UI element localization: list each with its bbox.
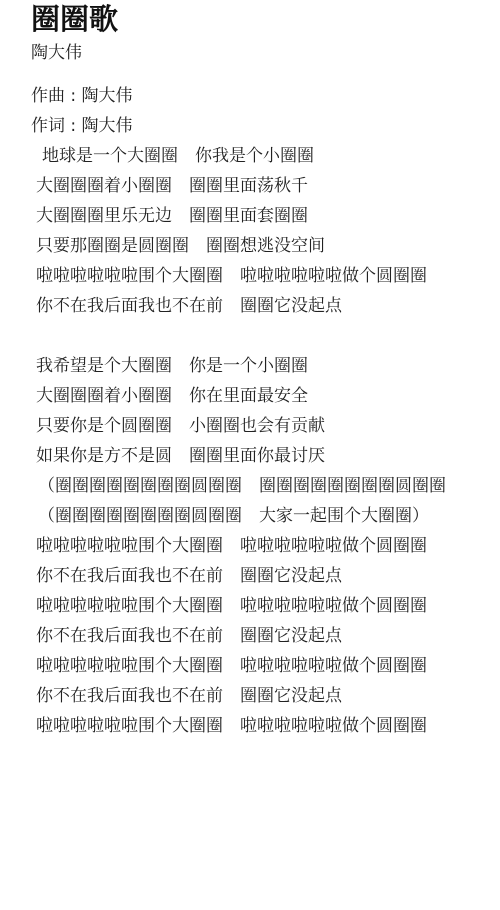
lyric-line: 大圈圈圈里乐无边 圈圈里面套圈圈 bbox=[36, 201, 500, 231]
lyric-line: 啦啦啦啦啦啦围个大圈圈 啦啦啦啦啦啦做个圆圈圈 bbox=[36, 651, 500, 681]
lyric-line: 啦啦啦啦啦啦围个大圈圈 啦啦啦啦啦啦做个圆圈圈 bbox=[36, 261, 500, 291]
lyricist-credit: 作词 : 陶大伟 bbox=[31, 111, 133, 141]
stanza-break bbox=[36, 321, 500, 351]
lyric-line: 只要那圈圈是圆圈圈 圈圈想逃没空间 bbox=[36, 231, 500, 261]
lyric-line: 你不在我后面我也不在前 圈圈它没起点 bbox=[36, 681, 500, 711]
lyric-line: 只要你是个圆圈圈 小圈圈也会有贡献 bbox=[36, 411, 500, 441]
composer-credit: 作曲 : 陶大伟 bbox=[31, 81, 133, 111]
lyrics-block: 地球是一个大圈圈 你我是个小圈圈 大圈圈圈着小圈圈 圈圈里面荡秋千 大圈圈圈里乐… bbox=[36, 141, 500, 741]
lyric-line: 大圈圈圈着小圈圈 你在里面最安全 bbox=[36, 381, 500, 411]
lyric-line: 啦啦啦啦啦啦围个大圈圈 啦啦啦啦啦啦做个圆圈圈 bbox=[36, 711, 500, 741]
lyric-line: 大圈圈圈着小圈圈 圈圈里面荡秋千 bbox=[36, 171, 500, 201]
lyric-line: 你不在我后面我也不在前 圈圈它没起点 bbox=[36, 291, 500, 321]
credits-block: 作曲 : 陶大伟 作词 : 陶大伟 bbox=[31, 81, 133, 141]
lyric-line: 你不在我后面我也不在前 圈圈它没起点 bbox=[36, 621, 500, 651]
lyric-line: 啦啦啦啦啦啦围个大圈圈 啦啦啦啦啦啦做个圆圈圈 bbox=[36, 531, 500, 561]
lyric-line: 地球是一个大圈圈 你我是个小圈圈 bbox=[36, 141, 500, 171]
lyric-line: 如果你是方不是圆 圈圈里面你最讨厌 bbox=[36, 441, 500, 471]
lyric-line: 我希望是个大圈圈 你是一个小圈圈 bbox=[36, 351, 500, 381]
lyric-line: （圈圈圈圈圈圈圈圈圆圈圈 圈圈圈圈圈圈圈圈圆圈圈 bbox=[36, 471, 500, 501]
lyric-line: 你不在我后面我也不在前 圈圈它没起点 bbox=[36, 561, 500, 591]
song-title: 圈圈歌 bbox=[31, 2, 118, 36]
song-artist: 陶大伟 bbox=[31, 42, 82, 64]
lyric-line: （圈圈圈圈圈圈圈圈圆圈圈 大家一起围个大圈圈） bbox=[36, 501, 500, 531]
lyric-line: 啦啦啦啦啦啦围个大圈圈 啦啦啦啦啦啦做个圆圈圈 bbox=[36, 591, 500, 621]
